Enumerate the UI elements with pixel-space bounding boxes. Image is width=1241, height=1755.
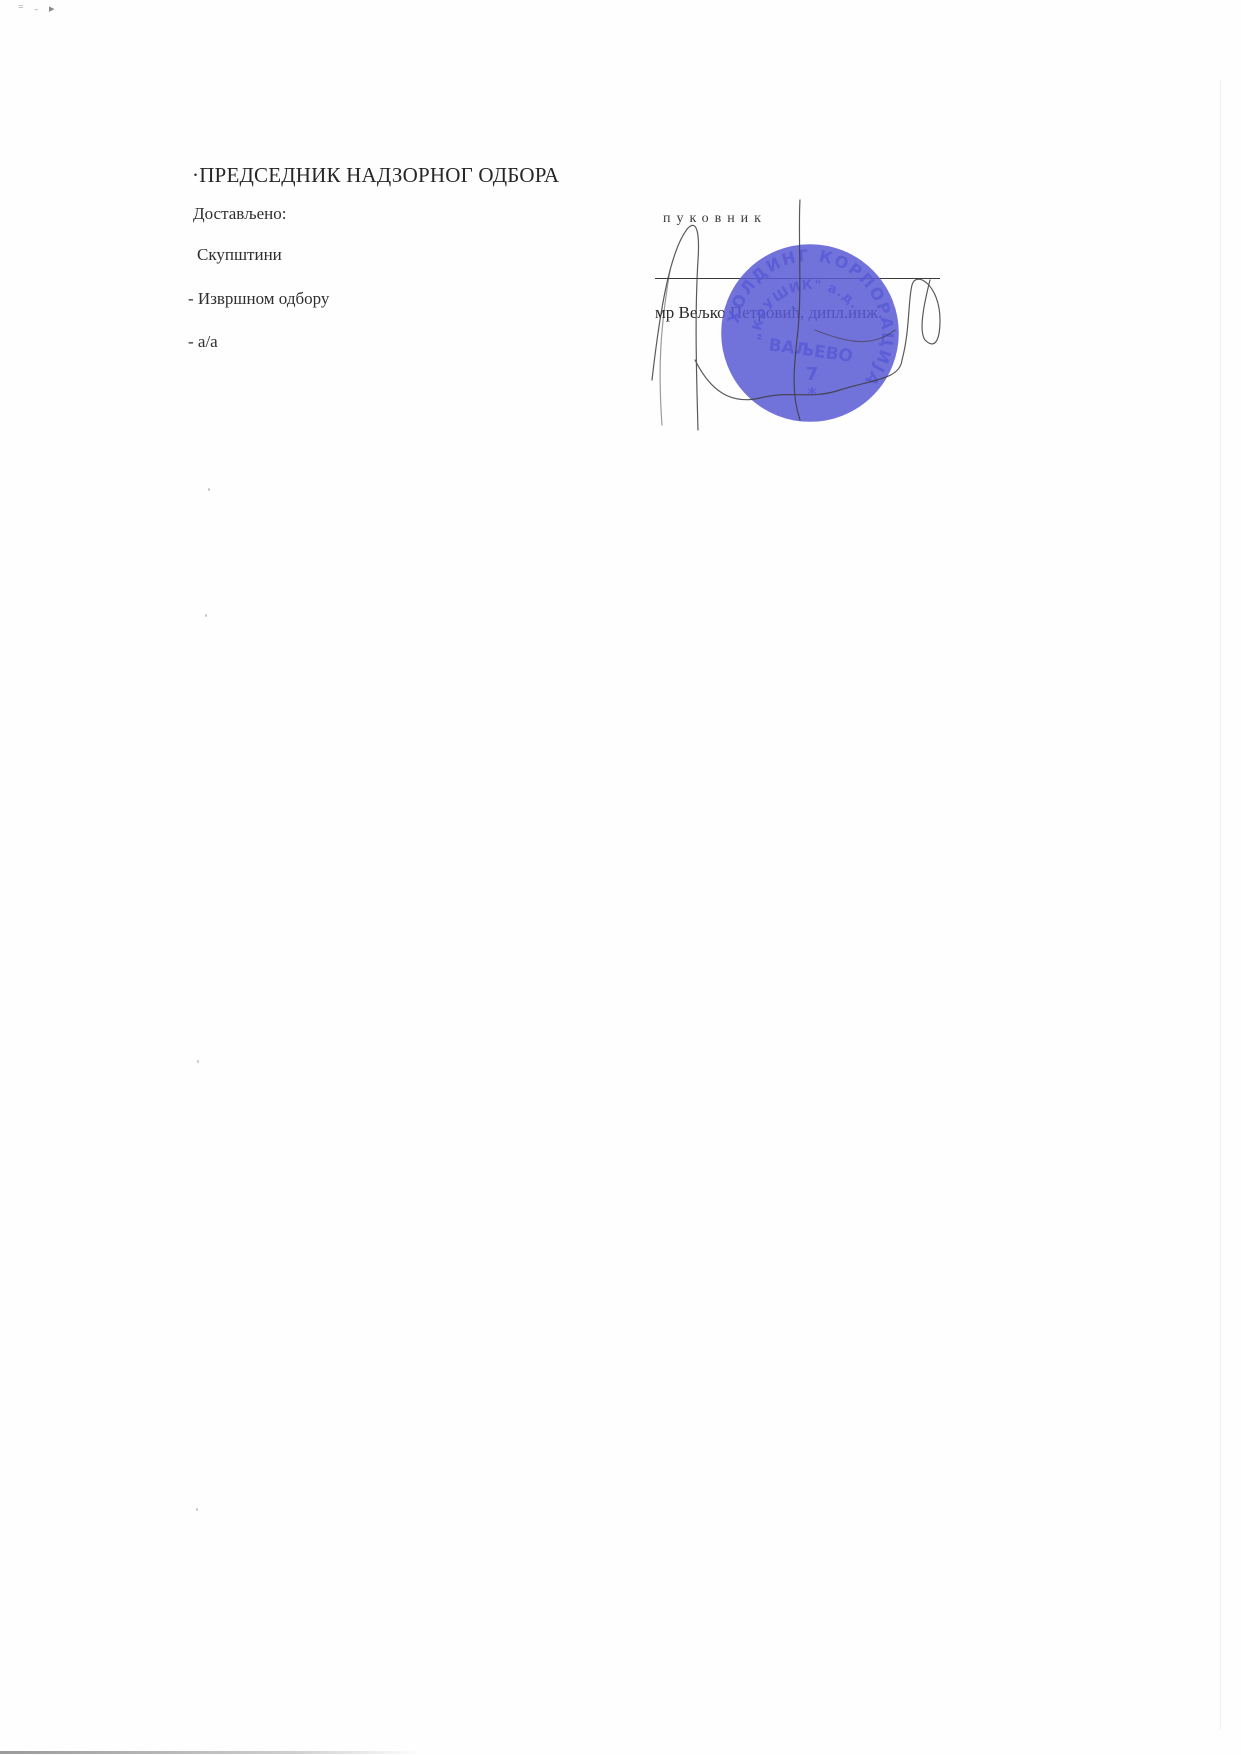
recipient-item: - а/а <box>188 332 218 352</box>
scanned-document-page: ⁼ ˗ ▸ ·ПРЕДСЕДНИК НАДЗОРНОГ ОДБОРА Доста… <box>0 0 1241 1755</box>
margin-speck <box>196 1508 198 1511</box>
signer-rank: пуковник <box>663 211 767 227</box>
handwritten-signature-icon <box>640 190 970 460</box>
delivered-label: Достављено: <box>193 204 287 224</box>
document-heading: ·ПРЕДСЕДНИК НАДЗОРНОГ ОДБОРА <box>192 163 559 188</box>
stamp-number: 7 <box>806 364 819 385</box>
signer-name: мр Вељко Петровић, дипл.инж. <box>655 303 882 323</box>
recipient-item: - Извршном одбору <box>188 289 329 309</box>
stamp-star-icon: * <box>807 384 817 405</box>
scan-edge-bottom <box>0 1751 420 1754</box>
recipient-item: Скупштини <box>197 245 282 265</box>
scan-edge-right <box>1220 80 1221 1730</box>
margin-speck <box>205 614 207 617</box>
scan-corner-marks: ⁼ ˗ ▸ <box>18 2 59 15</box>
margin-speck <box>197 1060 199 1063</box>
margin-speck <box>208 488 210 491</box>
official-stamp: ХОЛДИНГ КОРПОРАЦИЈА „КРУШИК" а.д. ВАЉЕВО… <box>715 238 905 428</box>
signature-line <box>655 278 940 279</box>
stamp-city: ВАЉЕВО <box>767 335 854 367</box>
